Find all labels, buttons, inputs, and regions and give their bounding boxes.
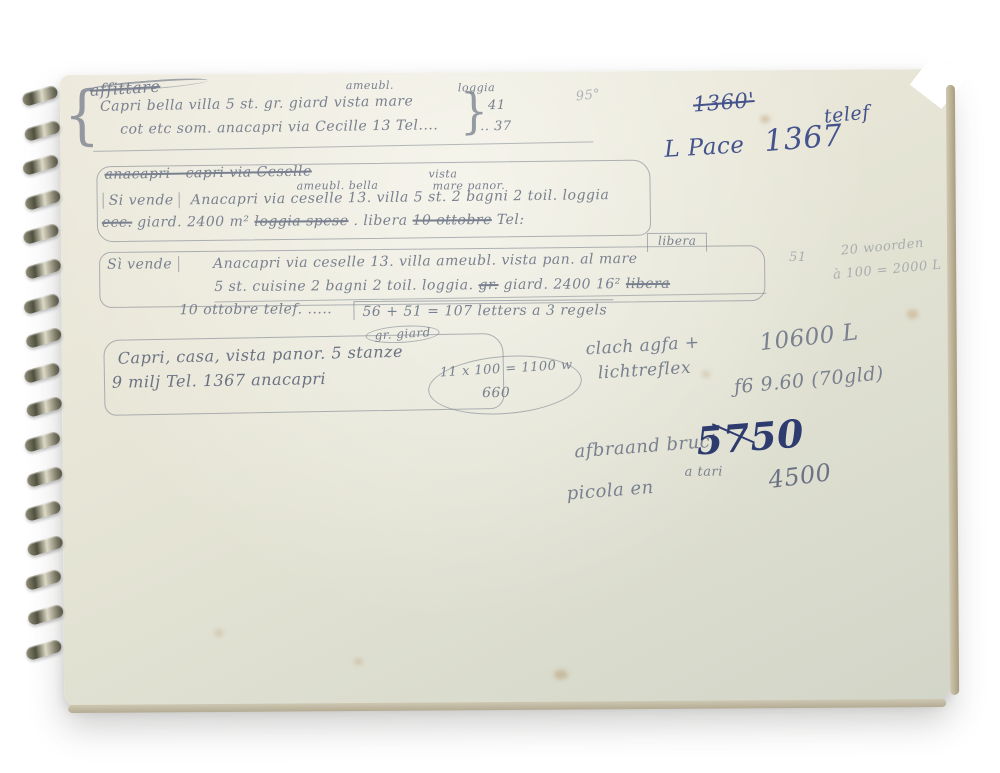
spiral-ring [24, 500, 62, 523]
note-fragment: giard. 2400 m² [137, 214, 249, 231]
big-price: 5750 [695, 410, 806, 463]
notebook-page: { affittare ameubl. loggia Capri bella v… [60, 69, 952, 707]
spiral-ring [26, 534, 64, 557]
note-line: lichtreflex [597, 358, 691, 383]
spiral-ring [25, 638, 63, 661]
note-line: Capri bella villa 5 st. gr. giard vista … [100, 93, 414, 114]
struck-words: 10 ottobre [412, 212, 491, 229]
margin-note: 20 woorden [840, 236, 924, 259]
spiral-ring [21, 154, 59, 177]
stain [702, 371, 710, 378]
insert-note: ameubl. [346, 79, 394, 92]
margin-number: 41 [488, 98, 506, 113]
spiral-ring [25, 396, 63, 419]
calc-note: 56 + 51 = 107 letters a 3 regels [353, 299, 613, 320]
note-fragment: . libera [353, 213, 407, 229]
stain [354, 658, 363, 665]
struck-word: libera [626, 276, 670, 292]
spiral-ring [26, 603, 64, 626]
pencil-underline [93, 141, 593, 152]
note-line: cot etc som. anacapri via Cecille 13 Tel… [120, 117, 438, 137]
sale-prefix: Si vende [103, 192, 180, 209]
corner-fold [910, 53, 966, 109]
amount: ƒ6 9.60 (70gld) [733, 362, 885, 398]
spiral-ring [23, 361, 61, 384]
stain [214, 629, 224, 637]
stain [554, 670, 568, 680]
struck-word: gr. [478, 277, 498, 293]
insert-note-bracketed: libera [647, 233, 707, 252]
contact-name: L Pace [664, 132, 746, 163]
note-line: 9 milj Tel. 1367 anacapri [112, 369, 326, 392]
phone-number: 1367 [763, 118, 844, 159]
page-stack-edge-right [946, 85, 959, 695]
spiral-ring [22, 292, 60, 315]
note-fragment: 5 st. cuisine 2 bagni 2 toil. loggia. [214, 277, 473, 295]
calc-result: 660 [482, 385, 510, 401]
note-line: 10 ottobre telef. ..... [179, 301, 332, 318]
margin-number: 95° [575, 87, 601, 105]
spiral-ring [23, 119, 61, 142]
note-line: picola en [566, 477, 655, 505]
spiral-binding [22, 89, 72, 689]
spiral-ring [24, 569, 62, 592]
margin-note: à 100 = 2000 L [833, 258, 943, 283]
spiral-ring [25, 327, 63, 350]
stain [906, 309, 918, 319]
margin-number: .. 37 [480, 119, 512, 134]
note-fragment: Tel: [497, 212, 525, 228]
note-line: clach agfa + [585, 333, 700, 360]
struck-words: loggia spese [254, 213, 348, 230]
crossed-price: 1360' [692, 88, 755, 117]
note-fragment: giard. 2400 16² [503, 276, 620, 293]
spiral-ring [24, 188, 62, 211]
spiral-ring [26, 465, 64, 488]
stain [760, 115, 770, 123]
amount: 10600 L [758, 319, 860, 356]
spiral-ring [21, 84, 59, 107]
margin-number: 51 [789, 250, 807, 265]
spiral-ring [23, 430, 61, 453]
insert-note: a tari [685, 464, 723, 479]
spiral-ring [22, 223, 60, 246]
price: 4500 [767, 458, 833, 494]
page-stack-edge-bottom [68, 699, 946, 713]
struck-word: ecc. [102, 215, 133, 231]
sale-prefix: Sì vende [107, 256, 179, 273]
crossed-line: anacapri - capri via Ceselle [104, 164, 312, 183]
spiral-ring [24, 257, 62, 280]
